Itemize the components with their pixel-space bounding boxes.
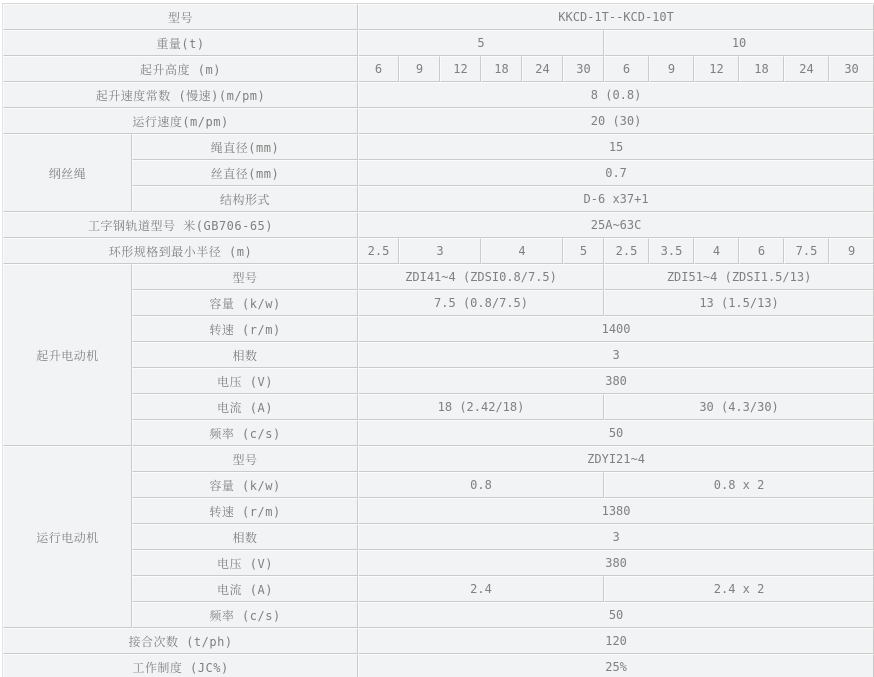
row-label-model: 型号	[3, 4, 358, 30]
sub-label-frequency: 频率 (c/s)	[132, 602, 358, 628]
value-cell: 30	[563, 56, 604, 82]
value-cell: 0.8	[358, 472, 604, 498]
sub-label-rope-diameter: 绳直径(mm)	[132, 134, 358, 160]
sub-label-model: 型号	[132, 446, 358, 472]
table-row-travel-motor-current: 电流 (A) 2.4 2.4 x 2	[3, 576, 874, 602]
table-row-travel-motor-phases: 相数 3	[3, 524, 874, 550]
table-row-duty-cycle: 工作制度 (JC%) 25%	[3, 654, 874, 677]
table-row-lifting-speed: 起升速度常数 (慢速)(m/pm) 8 (0.8)	[3, 82, 874, 108]
table-row-travel-motor-model: 运行电动机 型号 ZDYI21~4	[3, 446, 874, 472]
value-cell: 9	[829, 238, 874, 264]
value-cell: 2.5	[604, 238, 649, 264]
table-row-hoist-motor-capacity: 容量 (k/w) 7.5 (0.8/7.5) 13 (1.5/13)	[3, 290, 874, 316]
value-cell: 4	[481, 238, 563, 264]
sub-label-structure-type: 结构形式	[132, 186, 358, 212]
sub-label-phases: 相数	[132, 342, 358, 368]
value-cell: 9	[399, 56, 440, 82]
sub-label-voltage: 电压 (V)	[132, 550, 358, 576]
value-cell: 1380	[358, 498, 874, 524]
row-label-weight: 重量(t)	[3, 30, 358, 56]
sub-label-rotation-speed: 转速 (r/m)	[132, 316, 358, 342]
value-cell: 2.4 x 2	[604, 576, 874, 602]
value-cell: 6	[358, 56, 399, 82]
value-cell: 12	[694, 56, 739, 82]
value-cell: 2.5	[358, 238, 399, 264]
value-cell: 18 (2.42/18)	[358, 394, 604, 420]
value-weight-5t: 5	[358, 30, 604, 56]
value-wire-diameter: 0.7	[358, 160, 874, 186]
value-cell: 5	[563, 238, 604, 264]
value-cell: 4	[694, 238, 739, 264]
sub-label-rotation-speed: 转速 (r/m)	[132, 498, 358, 524]
group-label-travel-motor: 运行电动机	[3, 446, 132, 628]
sub-label-current: 电流 (A)	[132, 394, 358, 420]
value-travel-speed: 20 (30)	[358, 108, 874, 134]
value-cell: 30 (4.3/30)	[604, 394, 874, 420]
table-row-travel-motor-speed: 转速 (r/m) 1380	[3, 498, 874, 524]
value-hoist-motor-model-10t: ZDI51~4 (ZDSI1.5/13)	[604, 264, 874, 290]
value-cell: 3	[399, 238, 481, 264]
table-row-hoist-motor-frequency: 频率 (c/s) 50	[3, 420, 874, 446]
spec-table: 型号 KKCD-1T--KCD-10T 重量(t) 5 10 起升高度 (m) …	[2, 3, 874, 677]
table-row-hoist-motor-speed: 转速 (r/m) 1400	[3, 316, 874, 342]
sub-label-model: 型号	[132, 264, 358, 290]
value-duty-cycle: 25%	[358, 654, 874, 677]
value-cell: 18	[739, 56, 784, 82]
value-cell: 18	[481, 56, 522, 82]
table-row-ring-radius: 环形规格到最小半径 (m) 2.5 3 4 5 2.5 3.5 4 6 7.5 …	[3, 238, 874, 264]
value-cell: 380	[358, 368, 874, 394]
table-row-wire-diameter: 丝直径(mm) 0.7	[3, 160, 874, 186]
value-cell: 9	[649, 56, 694, 82]
value-model: KKCD-1T--KCD-10T	[358, 4, 874, 30]
table-row-lifting-height: 起升高度 (m) 6 9 12 18 24 30 6 9 12 18 24 30	[3, 56, 874, 82]
value-cell: 24	[522, 56, 563, 82]
row-label-lifting-speed: 起升速度常数 (慢速)(m/pm)	[3, 82, 358, 108]
table-row-hoist-motor-phases: 相数 3	[3, 342, 874, 368]
table-row-hoist-motor-current: 电流 (A) 18 (2.42/18) 30 (4.3/30)	[3, 394, 874, 420]
value-structure-type: D-6 x37+1	[358, 186, 874, 212]
value-ibeam-track: 25A~63C	[358, 212, 874, 238]
table-row-rope-structure: 结构形式 D-6 x37+1	[3, 186, 874, 212]
row-label-travel-speed: 运行速度(m/pm)	[3, 108, 358, 134]
sub-label-frequency: 频率 (c/s)	[132, 420, 358, 446]
row-label-ibeam-track: 工字钢轨道型号 米(GB706-65)	[3, 212, 358, 238]
value-rope-diameter: 15	[358, 134, 874, 160]
value-cell: 6	[739, 238, 784, 264]
value-hoist-motor-model-5t: ZDI41~4 (ZDSI0.8/7.5)	[358, 264, 604, 290]
table-row-ibeam-track: 工字钢轨道型号 米(GB706-65) 25A~63C	[3, 212, 874, 238]
value-cell: 3.5	[649, 238, 694, 264]
row-label-duty-cycle: 工作制度 (JC%)	[3, 654, 358, 677]
value-lifting-speed: 8 (0.8)	[358, 82, 874, 108]
table-row-hoist-motor-voltage: 电压 (V) 380	[3, 368, 874, 394]
group-label-hoist-motor: 起升电动机	[3, 264, 132, 446]
table-row-travel-motor-frequency: 频率 (c/s) 50	[3, 602, 874, 628]
table-row-travel-motor-voltage: 电压 (V) 380	[3, 550, 874, 576]
sub-label-voltage: 电压 (V)	[132, 368, 358, 394]
value-travel-motor-model: ZDYI21~4	[358, 446, 874, 472]
table-row-travel-motor-capacity: 容量 (k/w) 0.8 0.8 x 2	[3, 472, 874, 498]
value-cell: 7.5	[784, 238, 829, 264]
value-cell: 380	[358, 550, 874, 576]
table-row-hoist-motor-model: 起升电动机 型号 ZDI41~4 (ZDSI0.8/7.5) ZDI51~4 (…	[3, 264, 874, 290]
value-cell: 50	[358, 602, 874, 628]
table-row-travel-speed: 运行速度(m/pm) 20 (30)	[3, 108, 874, 134]
value-cell: 6	[604, 56, 649, 82]
value-cell: 2.4	[358, 576, 604, 602]
value-cell: 30	[829, 56, 874, 82]
value-cell: 24	[784, 56, 829, 82]
value-cell: 3	[358, 342, 874, 368]
sub-label-capacity: 容量 (k/w)	[132, 290, 358, 316]
group-label-wire-rope: 纲丝绳	[3, 134, 132, 212]
value-cell: 0.8 x 2	[604, 472, 874, 498]
table-row-weight: 重量(t) 5 10	[3, 30, 874, 56]
sub-label-wire-diameter: 丝直径(mm)	[132, 160, 358, 186]
value-cell: 50	[358, 420, 874, 446]
row-label-ring-radius: 环形规格到最小半径 (m)	[3, 238, 358, 264]
table-row-model: 型号 KKCD-1T--KCD-10T	[3, 4, 874, 30]
value-cell: 7.5 (0.8/7.5)	[358, 290, 604, 316]
value-engagements: 120	[358, 628, 874, 654]
row-label-lifting-height: 起升高度 (m)	[3, 56, 358, 82]
value-cell: 3	[358, 524, 874, 550]
value-weight-10t: 10	[604, 30, 874, 56]
sub-label-capacity: 容量 (k/w)	[132, 472, 358, 498]
row-label-engagements: 接合次数 (t/ph)	[3, 628, 358, 654]
sub-label-current: 电流 (A)	[132, 576, 358, 602]
value-cell: 1400	[358, 316, 874, 342]
spec-sheet-page: 型号 KKCD-1T--KCD-10T 重量(t) 5 10 起升高度 (m) …	[0, 0, 874, 677]
table-row-engagements: 接合次数 (t/ph) 120	[3, 628, 874, 654]
value-cell: 13 (1.5/13)	[604, 290, 874, 316]
table-row-rope-diameter: 纲丝绳 绳直径(mm) 15	[3, 134, 874, 160]
value-cell: 12	[440, 56, 481, 82]
sub-label-phases: 相数	[132, 524, 358, 550]
